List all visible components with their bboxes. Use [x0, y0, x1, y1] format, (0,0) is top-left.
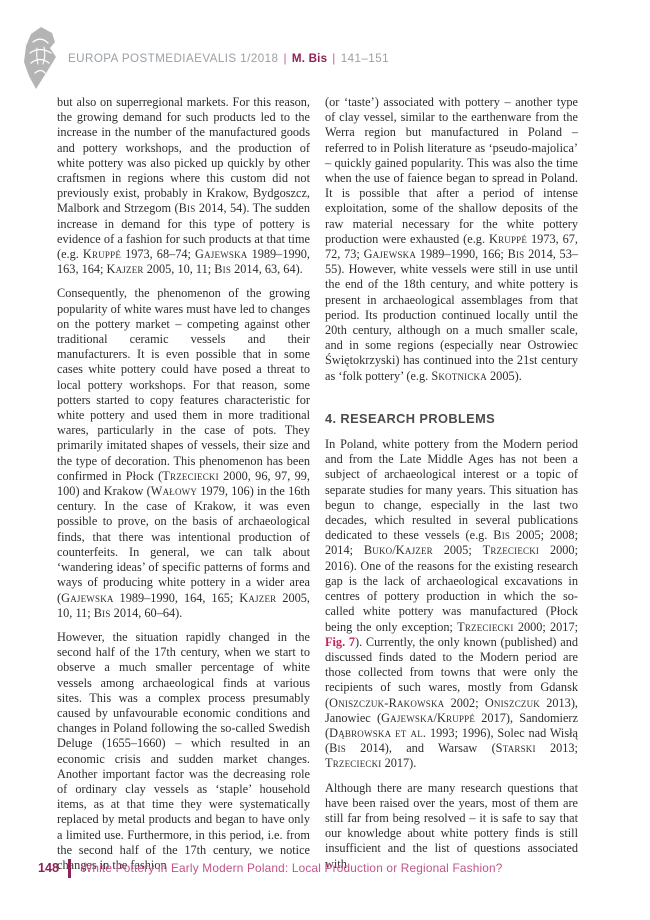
paragraph-text: In Poland, white pottery from the Modern… — [325, 437, 578, 633]
paragraph: Consequently, the phenomenon of the grow… — [57, 286, 310, 620]
page-number: 148 — [38, 861, 59, 875]
author-name: M. Bis — [292, 52, 327, 65]
header-separator: | — [332, 52, 335, 65]
pottery-shard-logo — [21, 26, 61, 90]
footer-divider — [68, 859, 71, 878]
right-column: (or ‘taste’) associated with pottery – a… — [325, 95, 578, 882]
article-body: but also on superregional markets. For t… — [57, 95, 578, 882]
paragraph: (or ‘taste’) associated with pottery – a… — [325, 95, 578, 384]
paragraph: In Poland, white pottery from the Modern… — [325, 437, 578, 771]
journal-page: EUROPA POSTMEDIAEVALIS 1/2018|M. Bis|141… — [0, 0, 650, 920]
running-title: White Pottery in Early Modern Poland: Lo… — [81, 861, 503, 875]
paragraph-text: ). Currently, the only known (published)… — [325, 635, 578, 771]
header-meta: EUROPA POSTMEDIAEVALIS 1/2018|M. Bis|141… — [68, 52, 389, 65]
paragraph: However, the situation rapidly changed i… — [57, 630, 310, 873]
header-separator: | — [283, 52, 286, 65]
left-column: but also on superregional markets. For t… — [57, 95, 310, 882]
figure-reference[interactable]: Fig. 7 — [325, 635, 355, 649]
page-footer: 148 White Pottery in Early Modern Poland… — [0, 856, 650, 880]
journal-header: EUROPA POSTMEDIAEVALIS 1/2018|M. Bis|141… — [21, 26, 389, 90]
section-heading: 4. RESEARCH PROBLEMS — [325, 411, 578, 426]
paragraph: but also on superregional markets. For t… — [57, 95, 310, 277]
page-range: 141–151 — [341, 52, 389, 65]
journal-title: EUROPA POSTMEDIAEVALIS 1/2018 — [68, 52, 278, 65]
